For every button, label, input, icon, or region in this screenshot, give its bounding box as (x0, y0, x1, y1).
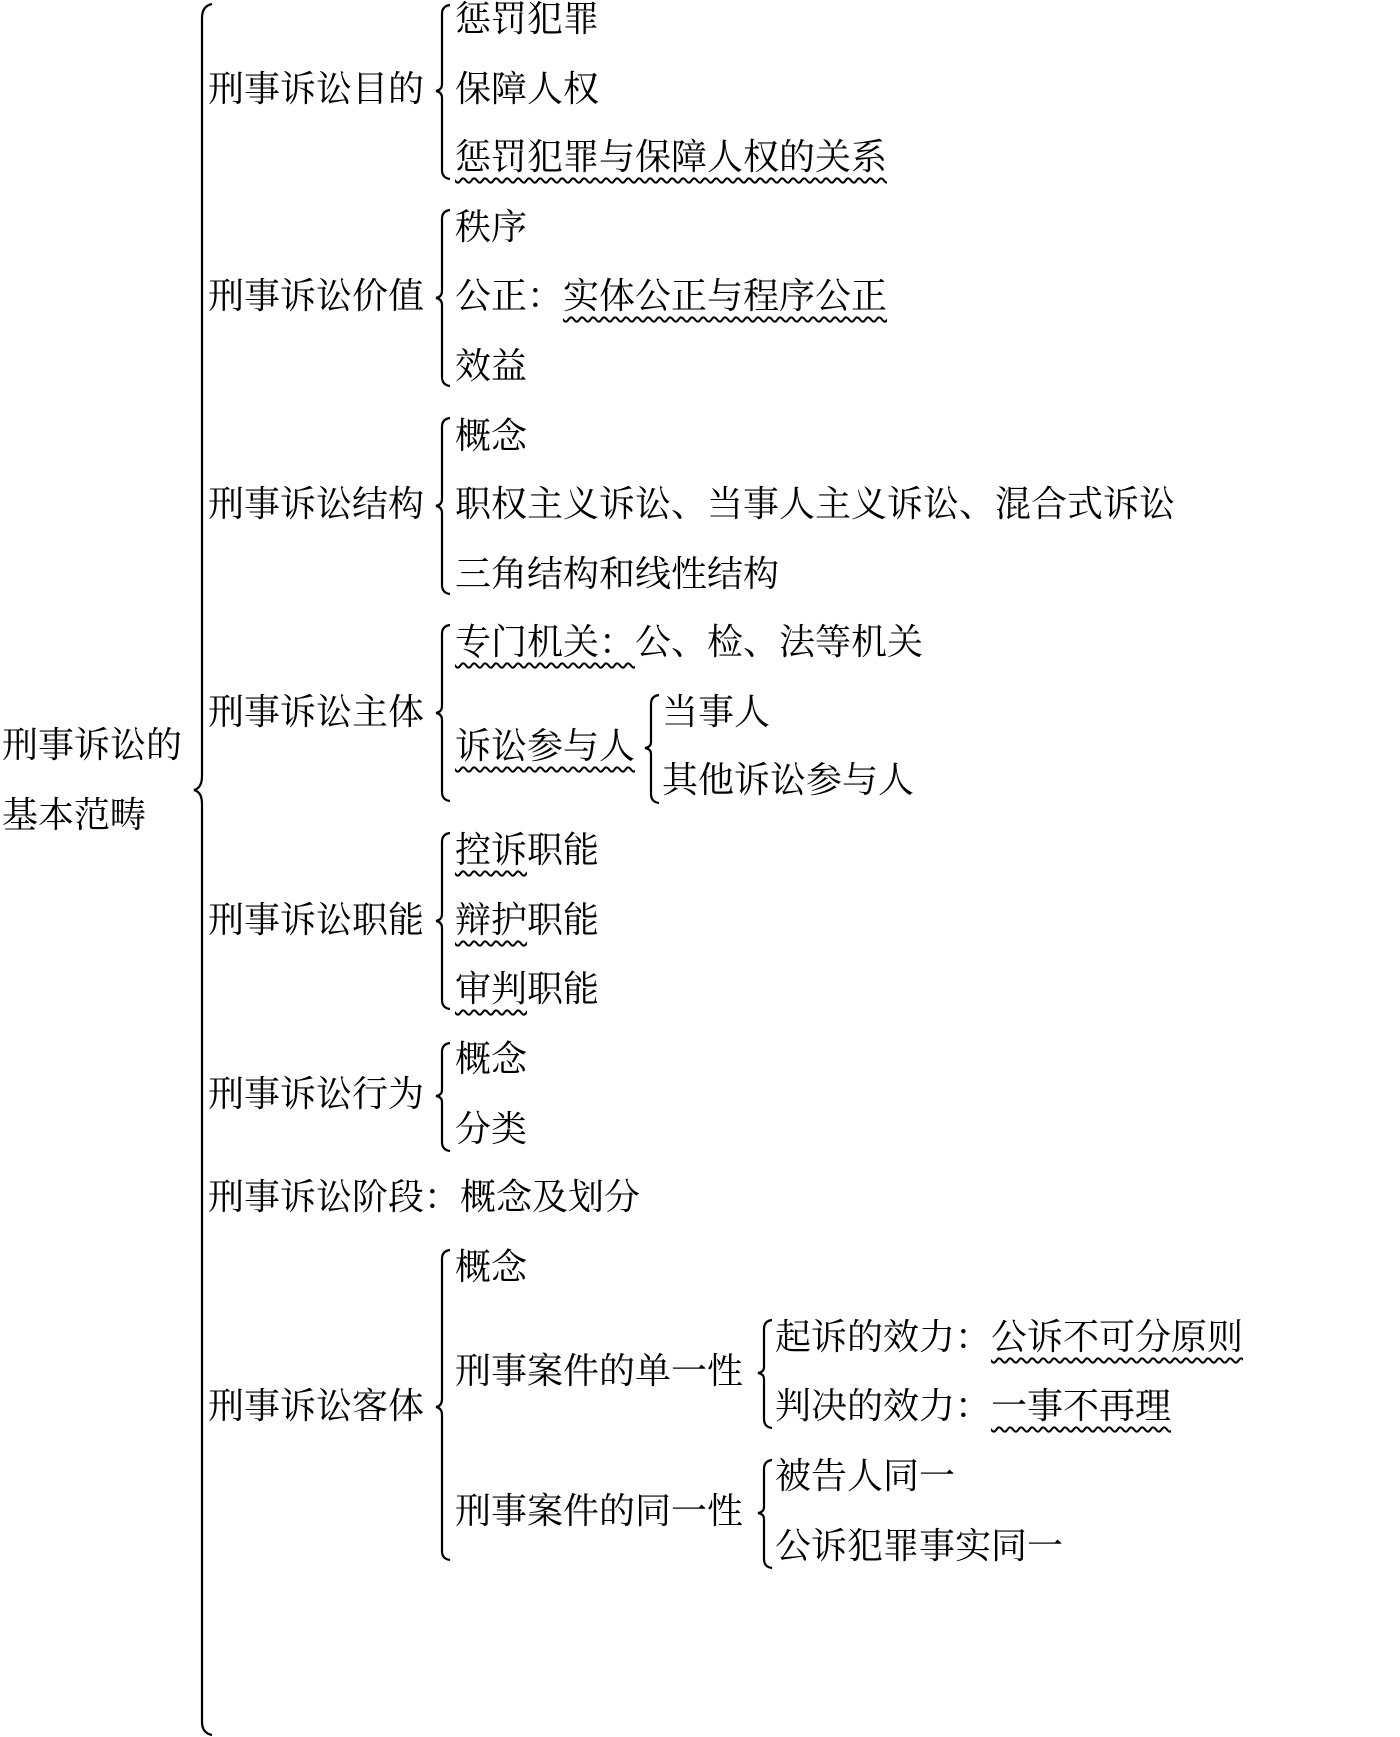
organs-suffix: 公、检、法等机关 (635, 622, 923, 663)
organs-emphasis: 专门机关： (455, 622, 635, 663)
justice-emphasis: 实体公正与程序公正 (563, 276, 887, 317)
identity-child-defendant: 被告人同一 (775, 1457, 955, 1497)
function-item-prosecution: 控诉职能 (455, 831, 599, 871)
root-title-line1: 刑事诉讼的 (2, 726, 182, 766)
purpose-item-relation: 惩罚犯罪与保障人权的关系 (455, 138, 887, 178)
branch-label-stage: 刑事诉讼阶段：概念及划分 (208, 1178, 640, 1218)
trial-suffix: 职能 (527, 969, 599, 1010)
singularity-child-judgment-effect: 判决的效力：一事不再理 (775, 1387, 1171, 1427)
brace-structure (434, 413, 454, 598)
judgment-effect-prefix: 判决的效力： (775, 1386, 991, 1427)
value-item-justice: 公正：实体公正与程序公正 (455, 277, 887, 317)
identity-child-facts: 公诉犯罪事实同一 (775, 1527, 1063, 1567)
object-item-singularity: 刑事案件的单一性 (455, 1352, 743, 1392)
branch-label-subject: 刑事诉讼主体 (208, 693, 424, 733)
brace-singularity (756, 1315, 776, 1435)
function-item-trial: 审判职能 (455, 970, 599, 1010)
prosecution-suffix: 职能 (527, 830, 599, 871)
prosecution-effect-emphasis: 公诉不可分原则 (991, 1317, 1243, 1358)
branch-label-object: 刑事诉讼客体 (208, 1387, 424, 1427)
value-item-order: 秩序 (455, 208, 527, 248)
object-item-concept: 概念 (455, 1248, 527, 1288)
branch-label-structure: 刑事诉讼结构 (208, 485, 424, 525)
value-item-efficiency: 效益 (455, 347, 527, 387)
purpose-item-human-rights: 保障人权 (455, 70, 599, 110)
structure-item-concept: 概念 (455, 417, 527, 457)
trial-emphasis: 审判 (455, 969, 527, 1010)
defense-suffix: 职能 (527, 900, 599, 941)
branch-label-function: 刑事诉讼职能 (208, 901, 424, 941)
brace-value (434, 205, 454, 390)
branch-label-act: 刑事诉讼行为 (208, 1075, 424, 1115)
branch-label-value: 刑事诉讼价值 (208, 277, 424, 317)
brace-identity (756, 1455, 776, 1575)
judgment-effect-emphasis: 一事不再理 (991, 1386, 1171, 1427)
act-item-concept: 概念 (455, 1040, 527, 1080)
singularity-child-prosecution-effect: 起诉的效力：公诉不可分原则 (775, 1318, 1243, 1358)
brace-act (434, 1038, 454, 1158)
structure-item-types: 职权主义诉讼、当事人主义诉讼、混合式诉讼 (455, 485, 1175, 525)
brace-participants (643, 690, 663, 810)
brace-purpose (434, 0, 454, 185)
participants-child-others: 其他诉讼参与人 (662, 761, 914, 801)
root-title-line2: 基本范畴 (2, 796, 146, 836)
subject-item-organs: 专门机关：公、检、法等机关 (455, 623, 923, 663)
object-item-identity: 刑事案件的同一性 (455, 1492, 743, 1532)
branch-label-purpose: 刑事诉讼目的 (208, 70, 424, 110)
act-item-classification: 分类 (455, 1110, 527, 1150)
brace-object (434, 1245, 454, 1565)
participants-child-parties: 当事人 (662, 693, 770, 733)
function-item-defense: 辩护职能 (455, 901, 599, 941)
main-brace (190, 0, 220, 1737)
prosecution-emphasis: 控诉 (455, 830, 527, 871)
brace-function (434, 828, 454, 1013)
brace-subject (434, 620, 454, 805)
structure-item-triangle-linear: 三角结构和线性结构 (455, 555, 779, 595)
justice-prefix: 公正： (455, 276, 563, 317)
prosecution-effect-prefix: 起诉的效力： (775, 1317, 991, 1358)
purpose-item-punish: 惩罚犯罪 (455, 0, 599, 40)
defense-emphasis: 辩护 (455, 900, 527, 941)
subject-item-participants: 诉讼参与人 (455, 727, 635, 767)
